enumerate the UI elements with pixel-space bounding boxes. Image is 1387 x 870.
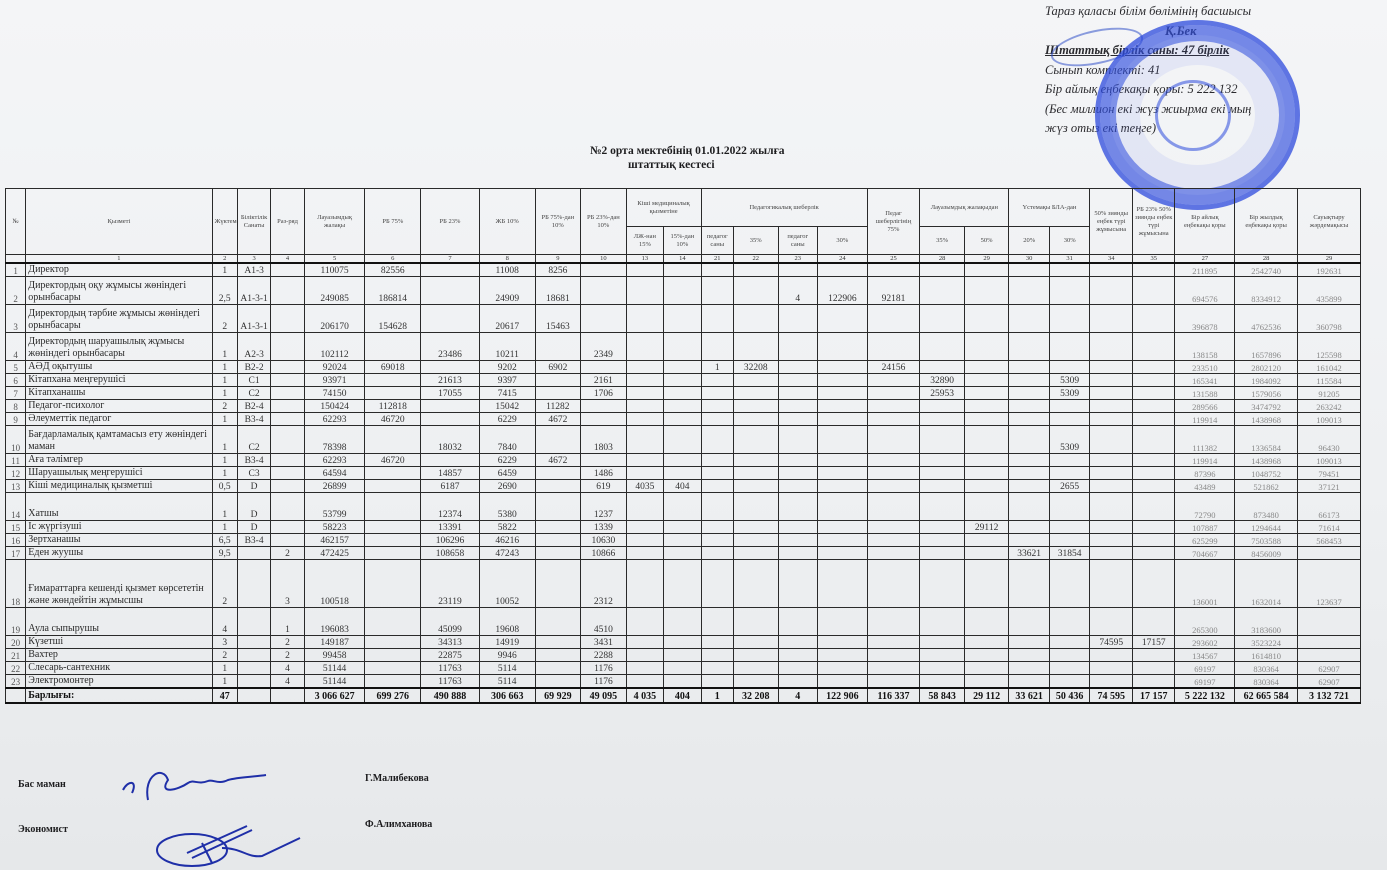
cell-grade: 4 <box>271 662 304 675</box>
cell-n: 23 <box>6 675 26 689</box>
cell-rb75: 82556 <box>365 263 421 277</box>
cell-b20 <box>1009 305 1050 333</box>
cell-salary: 462157 <box>304 534 365 547</box>
approval-monthly-fund: Бір айлық еңбекақы қоры: 5 222 132 <box>1045 80 1375 100</box>
cell-h23 <box>1132 560 1175 608</box>
cell-salary: 62293 <box>304 413 365 426</box>
cell-rb75 <box>365 649 421 662</box>
cell-h50 <box>1090 400 1133 413</box>
cell-n: 12 <box>6 467 26 480</box>
signer-role-2: Экономист <box>18 824 68 835</box>
cell-rb75-10 <box>535 662 581 675</box>
cell-month: 704667 <box>1175 547 1235 560</box>
cell-well: 161042 <box>1298 361 1361 374</box>
cell-n: 17 <box>6 547 26 560</box>
cell-cat <box>237 662 270 675</box>
cell-well: 79451 <box>1298 467 1361 480</box>
cell-month: 111382 <box>1175 426 1235 454</box>
cell-med15-10 <box>664 333 701 361</box>
col-annual-fund: Бір жылдық еңбекақы қоры <box>1235 189 1298 255</box>
column-number-cell: 6 <box>365 255 421 264</box>
cell-p35 <box>733 636 778 649</box>
column-number-cell: 21 <box>701 255 733 264</box>
cell-p75 <box>867 649 920 662</box>
cell-p75 <box>867 521 920 534</box>
cell-rb75-10 <box>535 374 581 387</box>
cell-p75 <box>867 305 920 333</box>
cell-med15-10 <box>664 374 701 387</box>
cell-med15-10 <box>664 608 701 636</box>
cell-rate: 1 <box>212 361 237 374</box>
cell-zhb10: 6229 <box>479 454 535 467</box>
cell-year: 2802120 <box>1235 361 1298 374</box>
cell-med15-10 <box>664 534 701 547</box>
cell-med15 <box>626 305 663 333</box>
cell-salary: 92024 <box>304 361 365 374</box>
cell-rb23-10: 2161 <box>581 374 627 387</box>
cell-med15-10 <box>664 454 701 467</box>
column-number-cell: 4 <box>271 255 304 264</box>
cell-med15 <box>626 413 663 426</box>
cell-l50 <box>964 636 1009 649</box>
cell-l50 <box>964 374 1009 387</box>
cell-zhb10: 306 663 <box>479 688 535 703</box>
cell-well: 123637 <box>1298 560 1361 608</box>
cell-salary: 64594 <box>304 467 365 480</box>
cell-n: 5 <box>6 361 26 374</box>
cell-n: 15 <box>6 521 26 534</box>
table-row: 10Бағдарламалық қамтамасыз ету жөніндегі… <box>6 426 1361 454</box>
col-zhb10: ЖБ 10% <box>479 189 535 255</box>
cell-p35 <box>733 608 778 636</box>
cell-h23 <box>1132 493 1175 521</box>
cell-salary: 93971 <box>304 374 365 387</box>
cell-year: 8334912 <box>1235 277 1298 305</box>
cell-pc2 <box>778 608 817 636</box>
cell-zhb10: 5114 <box>479 675 535 689</box>
cell-p30 <box>818 480 868 493</box>
cell-pc2 <box>778 454 817 467</box>
cell-name: АӘД оқытушы <box>26 361 212 374</box>
cell-med15 <box>626 608 663 636</box>
cell-rb23: 45099 <box>421 608 480 636</box>
cell-month: 289566 <box>1175 400 1235 413</box>
cell-b30: 5309 <box>1049 426 1090 454</box>
signer-name-1: Г.Малибекова <box>365 773 429 784</box>
cell-name: Ғимараттарға кешенді қызмет көрсететін ж… <box>26 560 212 608</box>
cell-rb23 <box>421 413 480 426</box>
cell-med15 <box>626 277 663 305</box>
cell-h23 <box>1132 649 1175 662</box>
cell-b30: 2655 <box>1049 480 1090 493</box>
cell-rate: 1 <box>212 263 237 277</box>
cell-rb23-10: 1803 <box>581 426 627 454</box>
cell-rb75-10 <box>535 560 581 608</box>
approval-signer: Қ.Бек <box>1045 22 1375 42</box>
cell-b30 <box>1049 277 1090 305</box>
cell-name: Еден жуушы <box>26 547 212 560</box>
total-row: Барлығы:473 066 627699 276490 888306 663… <box>6 688 1361 703</box>
cell-b20 <box>1009 333 1050 361</box>
cell-month: 233510 <box>1175 361 1235 374</box>
cell-salary: 100518 <box>304 560 365 608</box>
cell-pc1 <box>701 413 733 426</box>
cell-p30 <box>818 649 868 662</box>
cell-rate: 2,5 <box>212 277 237 305</box>
cell-med15-10 <box>664 387 701 400</box>
cell-rate: 1 <box>212 493 237 521</box>
cell-p30: 122 906 <box>818 688 868 703</box>
cell-zhb10: 5380 <box>479 493 535 521</box>
cell-pc1 <box>701 608 733 636</box>
cell-well: 37121 <box>1298 480 1361 493</box>
cell-well: 66173 <box>1298 493 1361 521</box>
cell-med15 <box>626 387 663 400</box>
cell-l35 <box>920 426 965 454</box>
cell-year: 1657896 <box>1235 333 1298 361</box>
cell-name: Вахтер <box>26 649 212 662</box>
cell-n: 16 <box>6 534 26 547</box>
cell-h50: 74 595 <box>1090 688 1133 703</box>
cell-rb75-10: 18681 <box>535 277 581 305</box>
cell-pc2 <box>778 263 817 277</box>
cell-rb75-10 <box>535 675 581 689</box>
cell-p35 <box>733 493 778 521</box>
cell-cat: D <box>237 521 270 534</box>
cell-month: 119914 <box>1175 454 1235 467</box>
cell-h23 <box>1132 305 1175 333</box>
cell-l35 <box>920 636 965 649</box>
cell-zhb10: 47243 <box>479 547 535 560</box>
cell-h50 <box>1090 662 1133 675</box>
cell-cat: D <box>237 480 270 493</box>
cell-h50 <box>1090 305 1133 333</box>
column-number-cell: 27 <box>1175 255 1235 264</box>
cell-l35 <box>920 675 965 689</box>
table-row: 2Директордың оқу жұмысы жөніндегі орынба… <box>6 277 1361 305</box>
cell-b30 <box>1049 521 1090 534</box>
staff-schedule-table: № Қызметі Жүктеме Біліктілік Санаты Раз-… <box>5 188 1361 704</box>
col-rb23-10: РБ 23%-дан 10% <box>581 189 627 255</box>
cell-rate: 1 <box>212 387 237 400</box>
cell-zhb10: 24909 <box>479 277 535 305</box>
cell-rb23-10: 1176 <box>581 675 627 689</box>
cell-salary: 196083 <box>304 608 365 636</box>
cell-b20 <box>1009 560 1050 608</box>
cell-grade <box>271 688 304 703</box>
cell-month: 694576 <box>1175 277 1235 305</box>
cell-h50: 74595 <box>1090 636 1133 649</box>
col-group-position-salary: Лауазымдық жалақыдан <box>920 189 1009 227</box>
cell-well: 71614 <box>1298 521 1361 534</box>
cell-well: 568453 <box>1298 534 1361 547</box>
cell-year: 1294644 <box>1235 521 1298 534</box>
cell-rb23 <box>421 305 480 333</box>
cell-rb75: 46720 <box>365 413 421 426</box>
cell-l35 <box>920 454 965 467</box>
cell-p35 <box>733 333 778 361</box>
cell-zhb10: 14919 <box>479 636 535 649</box>
cell-year: 1048752 <box>1235 467 1298 480</box>
column-number-cell: 35 <box>1132 255 1175 264</box>
cell-pc2 <box>778 547 817 560</box>
cell-rate: 2 <box>212 560 237 608</box>
cell-l50 <box>964 277 1009 305</box>
cell-h50 <box>1090 413 1133 426</box>
cell-rb23-10: 2288 <box>581 649 627 662</box>
cell-grade <box>271 387 304 400</box>
column-number-cell: 9 <box>535 255 581 264</box>
cell-rb23-10 <box>581 263 627 277</box>
cell-rate: 1 <box>212 521 237 534</box>
cell-year: 1438968 <box>1235 454 1298 467</box>
cell-year: 4762536 <box>1235 305 1298 333</box>
cell-p75 <box>867 560 920 608</box>
cell-month: 119914 <box>1175 413 1235 426</box>
cell-well: 360798 <box>1298 305 1361 333</box>
cell-name: Электромонтер <box>26 675 212 689</box>
cell-b20 <box>1009 521 1050 534</box>
signer-role-1: Бас маман <box>18 779 66 790</box>
cell-n <box>6 688 26 703</box>
cell-month: 107887 <box>1175 521 1235 534</box>
cell-grade <box>271 493 304 521</box>
cell-n: 10 <box>6 426 26 454</box>
cell-rb23-10: 49 095 <box>581 688 627 703</box>
cell-p75 <box>867 662 920 675</box>
cell-rb75-10: 4672 <box>535 454 581 467</box>
cell-l50 <box>964 534 1009 547</box>
cell-cat: А1-3-1 <box>237 277 270 305</box>
cell-l50: 29 112 <box>964 688 1009 703</box>
cell-pc2 <box>778 560 817 608</box>
cell-rb75 <box>365 333 421 361</box>
cell-pc1 <box>701 333 733 361</box>
cell-rb23-10 <box>581 361 627 374</box>
signature-2-icon <box>152 818 302 868</box>
cell-rb23: 14857 <box>421 467 480 480</box>
column-number-cell: 28 <box>920 255 965 264</box>
cell-h23 <box>1132 400 1175 413</box>
cell-rb23: 18032 <box>421 426 480 454</box>
cell-well: 109013 <box>1298 454 1361 467</box>
col-bda20: 20% <box>1009 227 1050 255</box>
cell-month: 134567 <box>1175 649 1235 662</box>
cell-pc1 <box>701 662 733 675</box>
table-row: 19Аула сыпырушы4119608345099196084510265… <box>6 608 1361 636</box>
cell-salary: 472425 <box>304 547 365 560</box>
cell-p35 <box>733 534 778 547</box>
cell-l50 <box>964 608 1009 636</box>
cell-cat <box>237 608 270 636</box>
cell-pc1 <box>701 560 733 608</box>
cell-salary: 58223 <box>304 521 365 534</box>
cell-n: 11 <box>6 454 26 467</box>
cell-med15-10 <box>664 662 701 675</box>
cell-p75 <box>867 547 920 560</box>
table-row: 17Еден жуушы9,52472425108658472431086633… <box>6 547 1361 560</box>
cell-cat <box>237 547 270 560</box>
cell-year: 521862 <box>1235 480 1298 493</box>
cell-month: 136001 <box>1175 560 1235 608</box>
cell-pc1: 1 <box>701 361 733 374</box>
cell-grade <box>271 454 304 467</box>
cell-pc1 <box>701 636 733 649</box>
cell-med15 <box>626 361 663 374</box>
cell-month: 69197 <box>1175 675 1235 689</box>
cell-pc2 <box>778 305 817 333</box>
cell-n: 7 <box>6 387 26 400</box>
cell-p75 <box>867 534 920 547</box>
cell-h50 <box>1090 560 1133 608</box>
cell-year: 3183600 <box>1235 608 1298 636</box>
cell-rb23 <box>421 277 480 305</box>
cell-rb75-10 <box>535 387 581 400</box>
column-number-cell: 23 <box>778 255 817 264</box>
cell-pc1 <box>701 374 733 387</box>
cell-rb75-10: 11282 <box>535 400 581 413</box>
cell-p35 <box>733 675 778 689</box>
cell-med15-10 <box>664 493 701 521</box>
cell-p35 <box>733 662 778 675</box>
cell-n: 21 <box>6 649 26 662</box>
cell-year: 1579056 <box>1235 387 1298 400</box>
cell-pc1 <box>701 521 733 534</box>
cell-b20 <box>1009 675 1050 689</box>
table-row: 13Кіші медициналық қызметші0,5D268996187… <box>6 480 1361 493</box>
cell-rb23 <box>421 361 480 374</box>
cell-grade <box>271 400 304 413</box>
cell-rb75 <box>365 493 421 521</box>
cell-rb75 <box>365 534 421 547</box>
col-grade: Раз-ряд <box>271 189 304 255</box>
cell-pc2 <box>778 374 817 387</box>
cell-b20 <box>1009 413 1050 426</box>
cell-month: 43489 <box>1175 480 1235 493</box>
cell-h50 <box>1090 426 1133 454</box>
col-category: Біліктілік Санаты <box>237 189 270 255</box>
cell-p30 <box>818 374 868 387</box>
column-number-cell: 30 <box>1009 255 1050 264</box>
cell-h50 <box>1090 608 1133 636</box>
cell-p75 <box>867 263 920 277</box>
cell-b30 <box>1049 361 1090 374</box>
cell-h23 <box>1132 662 1175 675</box>
column-number-cell: 31 <box>1049 255 1090 264</box>
cell-pc2 <box>778 467 817 480</box>
cell-year: 873480 <box>1235 493 1298 521</box>
cell-pc2 <box>778 675 817 689</box>
cell-p35 <box>733 413 778 426</box>
cell-p30 <box>818 413 868 426</box>
cell-h23 <box>1132 413 1175 426</box>
cell-p35 <box>733 454 778 467</box>
cell-cat: В3-4 <box>237 534 270 547</box>
cell-b30 <box>1049 263 1090 277</box>
cell-med15-10 <box>664 277 701 305</box>
cell-h50 <box>1090 454 1133 467</box>
cell-h50 <box>1090 467 1133 480</box>
cell-l35 <box>920 263 965 277</box>
cell-p35 <box>733 480 778 493</box>
cell-cat: С2 <box>237 387 270 400</box>
cell-l35 <box>920 467 965 480</box>
cell-name: Педагог-психолог <box>26 400 212 413</box>
col-med15-10: 15%-дан 10% <box>664 227 701 255</box>
cell-rb75 <box>365 374 421 387</box>
cell-b20 <box>1009 636 1050 649</box>
cell-grade <box>271 305 304 333</box>
column-number-cell: 13 <box>626 255 663 264</box>
cell-p35 <box>733 467 778 480</box>
cell-well: 109013 <box>1298 413 1361 426</box>
table-row: 14Хатшы1D5379912374538012377279087348066… <box>6 493 1361 521</box>
approval-block: Тараз қаласы білім бөлімінің басшысы Қ.Б… <box>1045 2 1375 139</box>
cell-cat: D <box>237 493 270 521</box>
cell-l35: 25953 <box>920 387 965 400</box>
cell-l50 <box>964 547 1009 560</box>
approval-line-1: Тараз қаласы білім бөлімінің басшысы <box>1045 2 1375 22</box>
cell-salary: 78398 <box>304 426 365 454</box>
cell-cat <box>237 560 270 608</box>
cell-med15 <box>626 534 663 547</box>
col-group-medical: Кіші медициналық қызметіне <box>626 189 701 227</box>
cell-month: 87396 <box>1175 467 1235 480</box>
cell-rate: 47 <box>212 688 237 703</box>
cell-month: 138158 <box>1175 333 1235 361</box>
cell-b20 <box>1009 400 1050 413</box>
cell-med15: 4 035 <box>626 688 663 703</box>
cell-rb75 <box>365 521 421 534</box>
cell-p35 <box>733 277 778 305</box>
cell-l50: 29112 <box>964 521 1009 534</box>
table-row: 11Аға тәлімгер1В3-4622934672062294672119… <box>6 454 1361 467</box>
cell-rb23-10: 2349 <box>581 333 627 361</box>
cell-h50 <box>1090 277 1133 305</box>
cell-rb23-10: 1706 <box>581 387 627 400</box>
cell-cat: А1-3-1 <box>237 305 270 333</box>
cell-rb23: 17055 <box>421 387 480 400</box>
cell-pc2 <box>778 361 817 374</box>
cell-year: 62 665 584 <box>1235 688 1298 703</box>
cell-grade <box>271 263 304 277</box>
cell-rb75-10: 69 929 <box>535 688 581 703</box>
cell-cat <box>237 649 270 662</box>
cell-month: 293602 <box>1175 636 1235 649</box>
cell-p75 <box>867 387 920 400</box>
cell-month: 625299 <box>1175 534 1235 547</box>
column-number-cell: 24 <box>818 255 868 264</box>
cell-l50 <box>964 333 1009 361</box>
cell-b20 <box>1009 608 1050 636</box>
cell-month: 211895 <box>1175 263 1235 277</box>
cell-rate: 2 <box>212 305 237 333</box>
cell-salary: 74150 <box>304 387 365 400</box>
cell-med15-10 <box>664 426 701 454</box>
cell-b20 <box>1009 277 1050 305</box>
cell-l35 <box>920 277 965 305</box>
col-position: Қызметі <box>26 189 212 255</box>
cell-n: 1 <box>6 263 26 277</box>
cell-rb75 <box>365 547 421 560</box>
cell-h23 <box>1132 263 1175 277</box>
cell-med15-10: 404 <box>664 688 701 703</box>
cell-rb75-10 <box>535 547 581 560</box>
col-med15: ЛЖ-нан 15% <box>626 227 663 255</box>
cell-p75 <box>867 480 920 493</box>
cell-h23 <box>1132 387 1175 400</box>
cell-h23 <box>1132 426 1175 454</box>
